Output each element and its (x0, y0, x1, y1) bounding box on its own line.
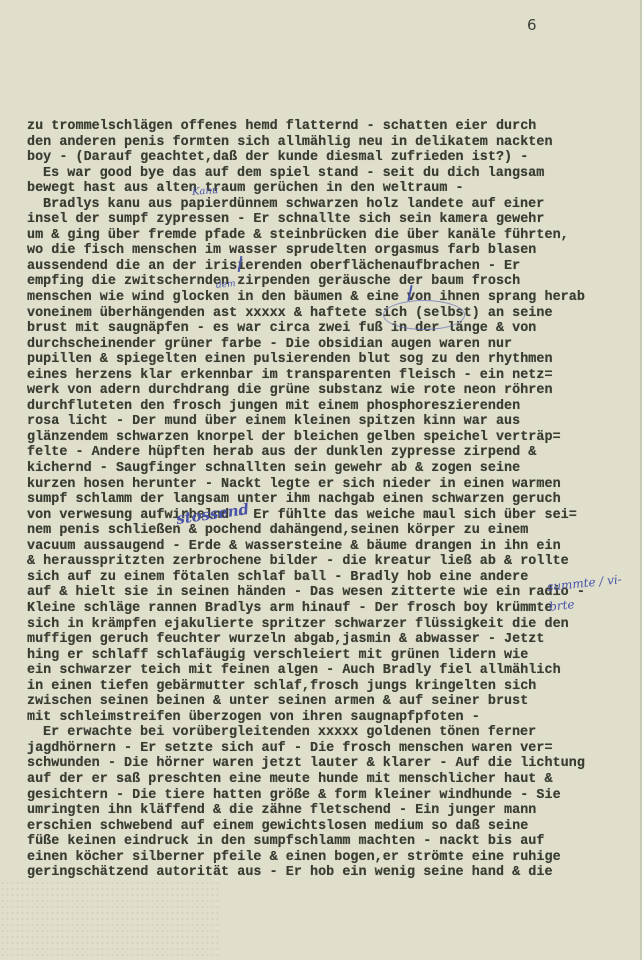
text-line: empfing die zwitschernden zirpenden gerä… (27, 274, 627, 290)
text-line: sich auf zu einem fötalen schlaf ball - … (27, 570, 627, 586)
annotation-summte: summte / vi-brte (546, 569, 625, 617)
text-line: aussendend die an der irisierenden oberf… (27, 259, 627, 275)
page-number: 6 (527, 16, 537, 34)
text-line: geringschätzend autorität aus - Er hob e… (27, 865, 627, 881)
text-line: brust mit saugnäpfen - es war circa zwei… (27, 321, 627, 337)
text-line: bewegt hast aus alten traum gerüchen in … (27, 181, 627, 197)
text-line: von verwesung aufwirbelnd - Er fühlte da… (27, 508, 627, 524)
text-line: schwunden - Die hörner waren jetzt laute… (27, 756, 627, 772)
text-line: Bradlys kanu aus papierdünnem schwarzen … (27, 197, 627, 213)
text-line: kurzen hosen herunter - Nackt legte er s… (27, 477, 627, 493)
text-line: durchfluteten den frosch jungen mit eine… (27, 399, 627, 415)
text-line: in einen tiefen gebärmutter schlaf,frosc… (27, 679, 627, 695)
text-line: umringten ihn kläffend & die zähne flets… (27, 803, 627, 819)
text-line: zwischen seinen beinen & unter seinen ar… (27, 694, 627, 710)
text-line: erschien schwebend auf einem gewichtslos… (27, 819, 627, 835)
text-line: nem penis schließen & pochend dahängend,… (27, 523, 627, 539)
text-line: glänzendem schwarzen knorpel der bleiche… (27, 430, 627, 446)
text-line: hing er schlaff schlafäugig verschleiert… (27, 648, 627, 664)
text-line: menschen wie wind glocken in den bäumen … (27, 290, 627, 306)
text-line: rosa licht - Der mund über einem kleinen… (27, 414, 627, 430)
text-line: muffigen geruch feuchter wurzeln abgab,j… (27, 632, 627, 648)
text-line: auf der er saß preschten eine meute hund… (27, 772, 627, 788)
text-line: den anderen penis formten sich allmählig… (27, 135, 627, 151)
pen-bracket-selbst (383, 300, 465, 330)
text-line: eines herzens klar erkennbar im transpar… (27, 368, 627, 384)
text-line: ein schwarzer teich mit feinen algen - A… (27, 663, 627, 679)
text-line: voneinem überhängenden ast xxxxx & hafte… (27, 306, 627, 322)
typescript-body: zu trommelschlägen offenes hemd flattern… (27, 119, 627, 881)
text-line: füße keinen eindruck in den sumpfschlamm… (27, 834, 627, 850)
text-line: & herausspritzten zerbrochene bilder - d… (27, 554, 627, 570)
typewritten-page: 6 zu trommelschlägen offenes hemd flatte… (0, 0, 642, 960)
text-line: jagdhörnern - Er setzte sich auf - Die f… (27, 741, 627, 757)
text-line: felte - Andere hüpften herab aus der dun… (27, 445, 627, 461)
text-line: werk von adern durchdrang die grüne subs… (27, 383, 627, 399)
text-line: insel der sumpf zypressen - Er schnallte… (27, 212, 627, 228)
text-line: durchscheinender grüner farbe - Die obsi… (27, 337, 627, 353)
annotation-dem: dem (216, 279, 237, 291)
text-line: sumpf schlamm der langsam unter ihm nach… (27, 492, 627, 508)
text-line: Er erwachte bei vorübergleitenden xxxxx … (27, 725, 627, 741)
paper-speckle (0, 880, 220, 960)
text-line: zu trommelschlägen offenes hemd flattern… (27, 119, 627, 135)
annotation-summte-text: summte / vi-brte (546, 572, 622, 614)
text-line: um & ging über fremde pfade & steinbrück… (27, 228, 627, 244)
text-line: Es war good bye das auf dem spiel stand … (27, 166, 627, 182)
text-line: mit schleimstreifen überzogen von ihren … (27, 710, 627, 726)
text-line: einen köcher silberner pfeile & einen bo… (27, 850, 627, 866)
text-line: gesichtern - Die tiere hatten größe & fo… (27, 788, 627, 804)
text-line: pupillen & spiegelten einen pulsierenden… (27, 352, 627, 368)
text-line: Kleine schläge rannen Bradlys arm hinauf… (27, 601, 627, 617)
text-line: sich in krämpfen ejakulierte spritzer sc… (27, 617, 627, 633)
text-line: kichernd - Saugfinger schnallten sein ge… (27, 461, 627, 477)
text-line: vacuum aussaugend - Erde & wassersteine … (27, 539, 627, 555)
text-line: boy - (Darauf geachtet,daß der kunde die… (27, 150, 627, 166)
annotation-kanu: Kanu (192, 185, 219, 198)
text-line: wo die fisch menschen im wasser sprudelt… (27, 243, 627, 259)
text-line: auf & hielt sie in seinen händen - Das w… (27, 585, 627, 601)
